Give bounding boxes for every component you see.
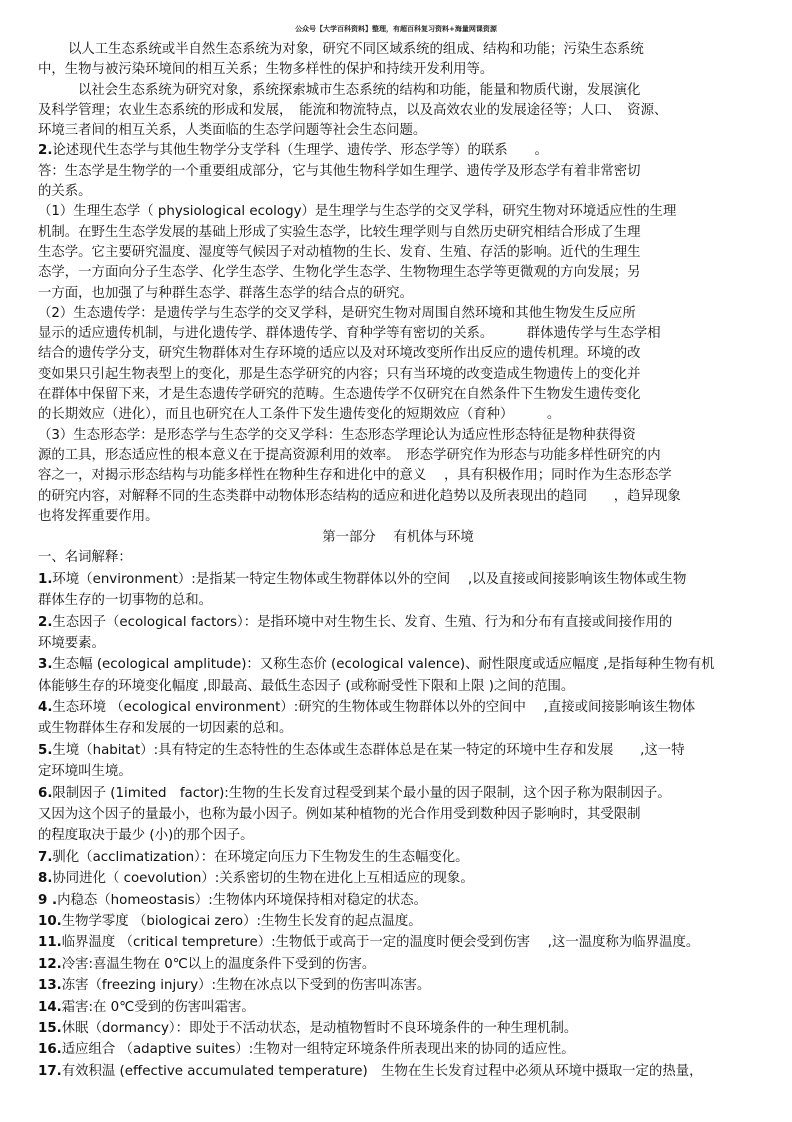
- answer-line: 答：生态学是生物学的一个重要组成部分，它与其他生物科学如生理学、遗传学及形态学有…: [38, 162, 758, 182]
- term-adaptive-suites: 16.适应组合 （adaptive suites）:生物对一组特定环境条件所表现…: [38, 1039, 758, 1060]
- text-line: 显示的适应遗传机制，与进化遗传学、群体遗传学、育种学等有密切的关系。 群体遗传学…: [38, 324, 758, 344]
- question-number: 2.: [38, 143, 52, 158]
- term-number: 15.: [38, 1021, 62, 1036]
- term-number: 11.: [38, 935, 62, 950]
- term-number: 8.: [38, 871, 52, 886]
- text-line: 在群体中保留下来，才是生态遗传学研究的范畴。生态遗传学不仅研究在自然条件下生物发…: [38, 385, 758, 405]
- term-chilling-injury: 12.冷害:喜温生物在 0℃以上的温度条件下受到的伤害。: [38, 954, 758, 975]
- term-text: 冻害（freezing injury）:生物在冰点以下受到的伤害叫冻害。: [62, 978, 431, 993]
- text-line: （1）生理生态学（ physiological ecology）是生理学与生态学…: [38, 202, 758, 222]
- term-number: 12.: [38, 957, 62, 972]
- term-number: 9 .: [38, 893, 57, 908]
- document-page: 以人工生态系统或半自然生态系统为对象，研究不同区域系统的组成、结构和功能；污染生…: [38, 40, 758, 1082]
- text-line: （3）生态形态学：是形态学与生态学的交叉学科：生态形态学理论认为适应性形态特征是…: [38, 426, 758, 446]
- section-physiological-ecology: （1）生理生态学（ physiological ecology）是生理学与生态学…: [38, 202, 758, 303]
- text-line: 中，生物与被污染环境间的相互关系；生物多样性的保护和持续开发利用等。: [38, 60, 758, 80]
- term-text: 环境要素。: [38, 633, 758, 654]
- term-number: 2.: [38, 615, 52, 630]
- term-dormancy: 15.休眠（dormancy）：即处于不活动状态，是动植物暂时不良环境条件的一种…: [38, 1018, 758, 1039]
- text-line: 及科学管理；农业生态系统的形成和发展， 能流和物流特点，以及高效农业的发展途径等…: [38, 101, 758, 121]
- term-text: 协同进化（ coevolution）:关系密切的生物在进化上互相适应的现象。: [52, 871, 473, 886]
- text-line: 变如果只引起生物表型上的变化，那是生态学研究的内容；只有当环境的改变造成生物遗传…: [38, 365, 758, 385]
- term-text: 冷害:喜温生物在 0℃以上的温度条件下受到的伤害。: [62, 957, 376, 972]
- term-text: 定环境叫生境。: [38, 761, 758, 782]
- term-ecological-amplitude: 3.生态幅 (ecological amplitude)：又称生态价 (ecol…: [38, 654, 758, 697]
- text-line: 以人工生态系统或半自然生态系统为对象，研究不同区域系统的组成、结构和功能；污染生…: [38, 40, 758, 60]
- term-coevolution: 8.协同进化（ coevolution）:关系密切的生物在进化上互相适应的现象。: [38, 868, 758, 889]
- term-acclimatization: 7.驯化（acclimatization）：在环境定向压力下生物发生的生态幅变化…: [38, 847, 758, 868]
- term-ecological-factors: 2.生态因子（ecological factors）：是指环境中对生物生长、发育…: [38, 612, 758, 655]
- term-number: 17.: [38, 1064, 62, 1079]
- term-habitat: 5.生境（habitat）:具有特定的生态特性的生态体或生态群体总是在某一特定的…: [38, 740, 758, 783]
- text-line: 以社会生态系统为研究对象，系统探索城市生态系统的结构和功能，能量和物质代谢，发展…: [38, 81, 758, 101]
- term-text: 或生物群体生存和发展的一切因素的总和。: [38, 718, 758, 739]
- text-line: 容之一，对揭示形态结构与功能多样性在物种生存和进化中的意义 ，具有积极作用；同时…: [38, 466, 758, 486]
- term-number: 6.: [38, 786, 52, 801]
- text-line: 态学，一方面向分子生态学、化学生态学、生物化学生态学、生物物理生态学等更微观的方…: [38, 263, 758, 283]
- glossary-heading: 一、名词解释：: [38, 548, 758, 568]
- term-text: 临界温度 （critical tempreture）:生物低于或高于一定的温度时…: [62, 935, 700, 950]
- text-line: 生态学。它主要研究温度、湿度等气候因子对动植物的生长、发育、生殖、存活的影响。近…: [38, 243, 758, 263]
- question-title: 论述现代生态学与其他生物学分支学科（生理学、遗传学、形态学等）的联系 。: [52, 143, 547, 158]
- text-line: （2）生态遗传学：是遗传学与生态学的交叉学科，是研究生物对周围自然环境和其他生物…: [38, 304, 758, 324]
- text-line: 也将发挥重要作用。: [38, 507, 758, 527]
- term-text: 休眠（dormancy）：即处于不活动状态，是动植物暂时不良环境条件的一种生理机…: [62, 1021, 578, 1036]
- term-text: 驯化（acclimatization）：在环境定向压力下生物发生的生态幅变化。: [52, 850, 468, 865]
- term-text: 适应组合 （adaptive suites）:生物对一组特定环境条件所表现出来的…: [62, 1042, 575, 1057]
- text-line: 一方面，也加强了与种群生态学、群落生态学的结合点的研究。: [38, 284, 758, 304]
- term-text: 又因为这个因子的量最小，也称为最小因子。例如某种植物的光合作用受到数种因子影响时…: [38, 804, 758, 825]
- term-biological-zero: 10.生物学零度 （biologicai zero）:生物生长发育的起点温度。: [38, 911, 758, 932]
- term-text: 生态环境 （ecological environment）:研究的生物体或生物群…: [52, 700, 695, 715]
- header-note: 公众号【大学百科资料】整理，有超百科复习资料+海量网课资源: [0, 24, 792, 34]
- question-2: 2.论述现代生态学与其他生物学分支学科（生理学、遗传学、形态学等）的联系 。 答…: [38, 141, 758, 527]
- term-number: 14.: [38, 1000, 62, 1015]
- term-effective-accumulated-temperature: 17.有效积温 (effective accumulated temperatu…: [38, 1061, 758, 1082]
- term-text: 内稳态（homeostasis）:生物体内环境保持相对稳定的状态。: [57, 893, 427, 908]
- term-number: 16.: [38, 1042, 62, 1057]
- term-ecological-environment: 4.生态环境 （ecological environment）:研究的生物体或生…: [38, 697, 758, 740]
- term-text: 霜害:在 0℃受到的伤害叫霜害。: [62, 1000, 255, 1015]
- term-number: 1.: [38, 572, 52, 587]
- term-number: 13.: [38, 978, 62, 993]
- term-environment: 1.环境（environment）:是指某一特定生物体或生物群体以外的空间 ,以…: [38, 569, 758, 612]
- section-ecomorphology: （3）生态形态学：是形态学与生态学的交叉学科：生态形态学理论认为适应性形态特征是…: [38, 426, 758, 527]
- term-text: 生物学零度 （biologicai zero）:生物生长发育的起点温度。: [62, 914, 422, 929]
- part-title: 第一部分 有机体与环境: [38, 528, 758, 548]
- term-text: 有效积温 (effective accumulated temperature)…: [62, 1064, 703, 1079]
- term-freezing-injury: 13.冻害（freezing injury）:生物在冰点以下受到的伤害叫冻害。: [38, 975, 758, 996]
- text-line: 的长期效应（进化），而且也研究在人工条件下发生遗传变化的短期效应（育种） 。: [38, 405, 758, 425]
- term-text: 的程度取决于最少 (小)的那个因子。: [38, 825, 758, 846]
- term-text: 群体生存的一切事物的总和。: [38, 590, 758, 611]
- intro-paragraph-2: 以社会生态系统为研究对象，系统探索城市生态系统的结构和功能，能量和物质代谢，发展…: [38, 81, 758, 142]
- term-text: 环境（environment）:是指某一特定生物体或生物群体以外的空间 ,以及直…: [52, 572, 686, 587]
- term-text: 生态因子（ecological factors）：是指环境中对生物生长、发育、生…: [52, 615, 672, 630]
- term-critical-temperature: 11.临界温度 （critical tempreture）:生物低于或高于一定的…: [38, 932, 758, 953]
- text-line: 的研究内容，对解释不同的生态类群中动物体形态结构的适应和进化趋势以及所表现出的趋…: [38, 487, 758, 507]
- term-number: 10.: [38, 914, 62, 929]
- question-heading: 2.论述现代生态学与其他生物学分支学科（生理学、遗传学、形态学等）的联系 。: [38, 141, 758, 161]
- answer-line: 的关系。: [38, 182, 758, 202]
- term-text: 限制因子 (1imited factor):生物的生长发育过程受到某个最小量的因…: [52, 786, 670, 801]
- section-ecological-genetics: （2）生态遗传学：是遗传学与生态学的交叉学科，是研究生物对周围自然环境和其他生物…: [38, 304, 758, 426]
- term-frost-injury: 14.霜害:在 0℃受到的伤害叫霜害。: [38, 997, 758, 1018]
- term-number: 4.: [38, 700, 52, 715]
- term-text: 生境（habitat）:具有特定的生态特性的生态体或生态群体总是在某一特定的环境…: [52, 743, 684, 758]
- term-text: 体能够生存的环境变化幅度 ,即最高、最低生态因子 (或称耐受性下限和上限 )之间…: [38, 676, 758, 697]
- term-homeostasis: 9 .内稳态（homeostasis）:生物体内环境保持相对稳定的状态。: [38, 890, 758, 911]
- term-limited-factor: 6.限制因子 (1imited factor):生物的生长发育过程受到某个最小量…: [38, 783, 758, 847]
- term-number: 3.: [38, 657, 52, 672]
- text-line: 机制。在野生生态学发展的基础上形成了实验生态学，比较生理学则与自然历史研究相结合…: [38, 223, 758, 243]
- text-line: 环境三者间的相互关系，人类面临的生态学问题等社会生态问题。: [38, 121, 758, 141]
- intro-paragraph-1: 以人工生态系统或半自然生态系统为对象，研究不同区域系统的组成、结构和功能；污染生…: [38, 40, 758, 81]
- term-text: 生态幅 (ecological amplitude)：又称生态价 (ecolog…: [52, 657, 714, 672]
- text-line: 源的工具，形态适应性的根本意义在于提高资源利用的效率。 形态学研究作为形态与功能…: [38, 446, 758, 466]
- term-number: 5.: [38, 743, 52, 758]
- glossary-list: 1.环境（environment）:是指某一特定生物体或生物群体以外的空间 ,以…: [38, 569, 758, 1082]
- text-line: 结合的遗传学分支，研究生物群体对生存环境的适应以及对环境改变所作出反应的遗传机理…: [38, 344, 758, 364]
- term-number: 7.: [38, 850, 52, 865]
